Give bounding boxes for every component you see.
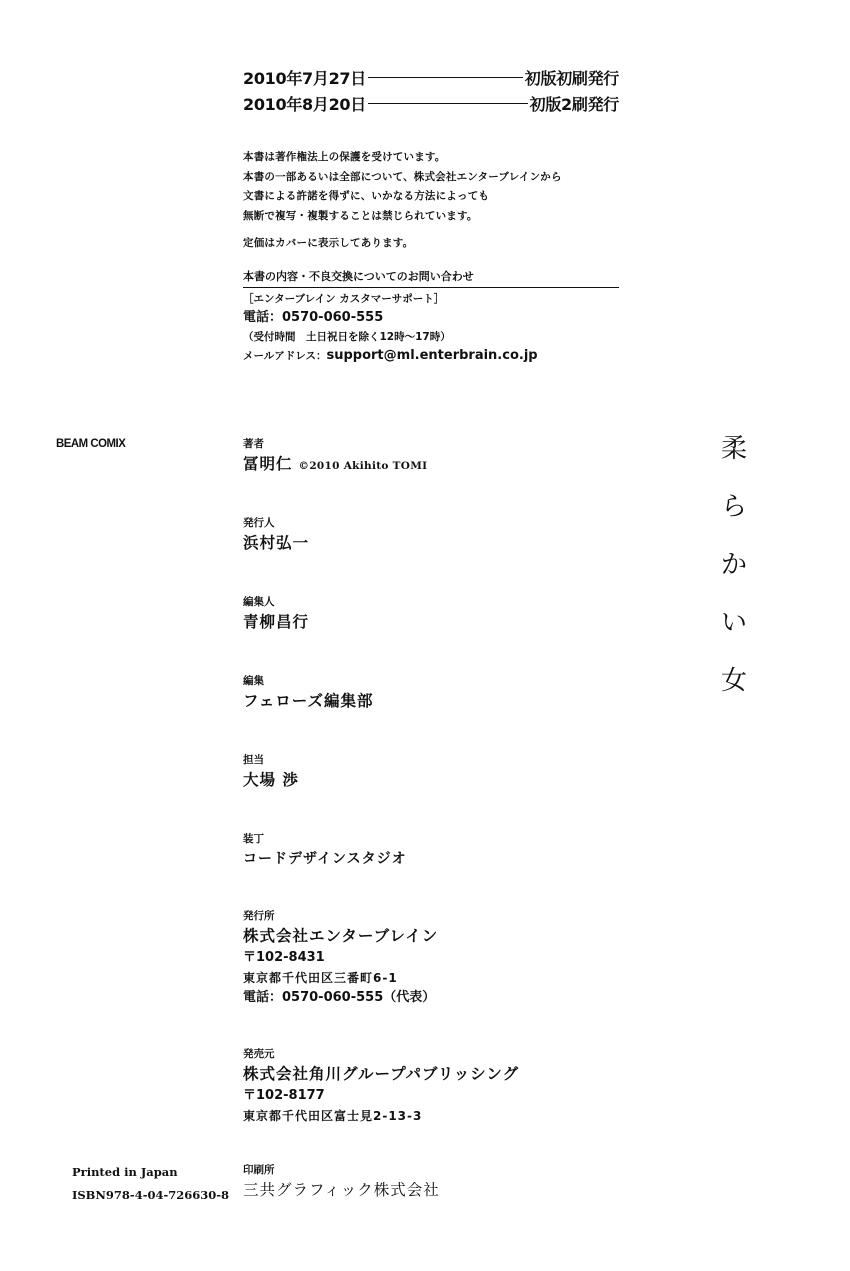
title-char: 柔 [714, 432, 754, 490]
book-title-vertical: 柔 ら か い 女 [714, 432, 754, 722]
credit-role: 編集人 [243, 594, 309, 610]
credit-role: 著者 [243, 436, 427, 452]
publisher-address: 東京都千代田区三番町6-1 [243, 968, 438, 988]
support-hours: （受付時間 土日祝日を除く12時～17時） [243, 328, 538, 346]
contact-block: ［エンターブレイン カスタマーサポート］ 電話：0570-060-555 （受付… [243, 290, 538, 366]
contact-title: 本書の内容・不良交換についてのお問い合わせ [243, 268, 474, 284]
print-history-row: 2010年7月27日 初版初刷発行 [243, 66, 619, 88]
print-date: 2010年8月20日 [243, 92, 366, 115]
publisher-phone: 電話：0570-060-555（代表） [243, 988, 438, 1008]
credit-role: 装丁 [243, 831, 407, 847]
credit-editing: 編集 フェローズ編集部 [243, 673, 373, 713]
title-char: 女 [714, 664, 754, 722]
credit-name: フェローズ編集部 [243, 689, 373, 713]
isbn: ISBN978-4-04-726630-8 [72, 1188, 229, 1202]
credit-role: 印刷所 [243, 1162, 440, 1178]
credit-publisher-person: 発行人 浜村弘一 [243, 515, 309, 555]
credit-role: 発行所 [243, 908, 438, 924]
title-char: い [714, 606, 754, 664]
notice-line: 本書の一部あるいは全部について、株式会社エンターブレインから [243, 168, 562, 188]
dash-rule [368, 103, 528, 104]
imprint-label: BEAM COMIX [56, 436, 125, 450]
contact-divider [243, 287, 619, 288]
author-name: 冨明仁 [243, 455, 293, 473]
support-name: ［エンターブレイン カスタマーサポート］ [243, 290, 538, 308]
credit-name: 冨明仁©2010 Akihito TOMI [243, 452, 427, 476]
credit-name: 浜村弘一 [243, 531, 309, 555]
credit-name: 株式会社角川グループパブリッシング [243, 1062, 519, 1086]
credit-design: 装丁 コードデザインスタジオ [243, 831, 407, 871]
credit-publisher: 発行所 株式会社エンターブレイン 〒102-8431 東京都千代田区三番町6-1… [243, 908, 438, 1008]
edition-label: 初版初刷発行 [525, 66, 619, 89]
notice-line: 無断で複写・複製することは禁じられています。 [243, 207, 562, 227]
support-phone: 電話：0570-060-555 [243, 308, 538, 328]
distributor-postal: 〒102-8177 [243, 1086, 519, 1106]
notice-line: 本書は著作権法上の保護を受けています。 [243, 148, 562, 168]
support-email-line: メールアドレス：support@ml.enterbrain.co.jp [243, 346, 538, 366]
email-label: メールアドレス： [243, 350, 326, 362]
publisher-postal: 〒102-8431 [243, 948, 438, 968]
credit-name: コードデザインスタジオ [243, 847, 407, 871]
title-char: か [714, 548, 754, 606]
printed-in: Printed in Japan [72, 1165, 178, 1179]
title-char: ら [714, 490, 754, 548]
credit-author: 著者 冨明仁©2010 Akihito TOMI [243, 436, 427, 476]
credit-distributor: 発売元 株式会社角川グループパブリッシング 〒102-8177 東京都千代田区富… [243, 1046, 519, 1126]
author-copyright: ©2010 Akihito TOMI [299, 460, 428, 472]
price-note: 定価はカバーに表示してあります。 [243, 234, 413, 254]
credit-name: 三共グラフィック株式会社 [243, 1178, 440, 1202]
credit-role: 発売元 [243, 1046, 519, 1062]
print-history-row: 2010年8月20日 初版2刷発行 [243, 92, 619, 114]
copyright-notice: 本書は著作権法上の保護を受けています。 本書の一部あるいは全部について、株式会社… [243, 148, 562, 226]
dash-rule [368, 77, 523, 78]
credit-role: 編集 [243, 673, 373, 689]
credit-role: 担当 [243, 752, 299, 768]
distributor-address: 東京都千代田区富士見2-13-3 [243, 1106, 519, 1126]
credit-editor-in-chief: 編集人 青柳昌行 [243, 594, 309, 634]
credit-name: 株式会社エンターブレイン [243, 924, 438, 948]
credit-name: 大場 渉 [243, 768, 299, 792]
credit-name: 青柳昌行 [243, 610, 309, 634]
print-date: 2010年7月27日 [243, 66, 366, 89]
edition-label: 初版2刷発行 [530, 92, 619, 115]
credit-printer: 印刷所 三共グラフィック株式会社 [243, 1162, 440, 1202]
credit-in-charge: 担当 大場 渉 [243, 752, 299, 792]
credit-role: 発行人 [243, 515, 309, 531]
email-address[interactable]: support@ml.enterbrain.co.jp [326, 348, 537, 363]
notice-line: 文書による許諾を得ずに、いかなる方法によっても [243, 187, 562, 207]
